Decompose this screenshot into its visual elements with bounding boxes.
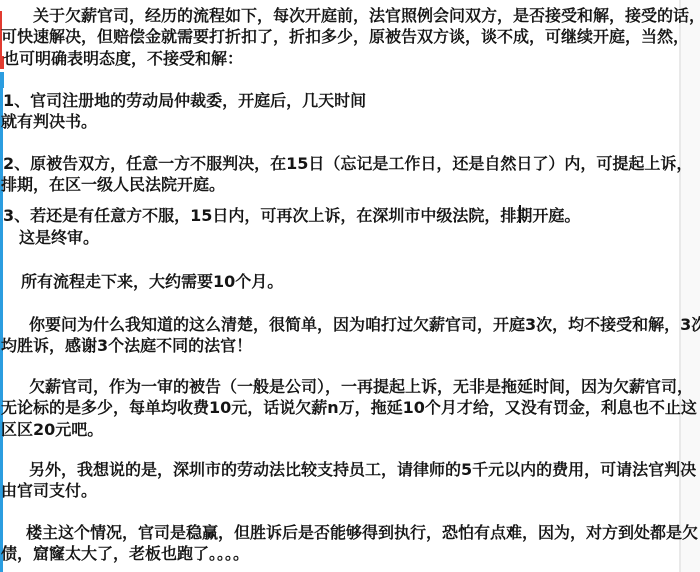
text-line-6: 2、原被告双方，任意一方不服判决，在15日（忘记是工作日，还是自然日了）内，可提… <box>3 155 692 172</box>
text-line-17: 由官司支付。 <box>1 482 97 499</box>
text-line-5: 就有判决书。 <box>1 113 97 130</box>
text-caret[interactable] <box>519 205 521 223</box>
text-line-4: 1、官司注册地的劳动局仲裁委，开庭后，几天时间 <box>3 92 366 109</box>
document-page: 关于欠薪官司，经历的流程如下，每次开庭前，法官照例会问双方，是否接受和解，接受的… <box>0 0 700 572</box>
text-line-10: 所有流程走下来，大约需要10个月。 <box>21 273 283 290</box>
text-line-12: 均胜诉，感谢3个法庭不同的法官！ <box>1 337 252 354</box>
text-line-14: 无论标的是多少，每单均收费10元，话说欠薪n万，拖延10个月才给，又没有罚金，利… <box>1 399 697 416</box>
text-line-3: 也可明确表明态度，不接受和解： <box>3 50 243 67</box>
text-line-7: 排期，在区一级人民法院开庭。 <box>1 176 225 193</box>
text-line-19: 债，窟窿太大了，老板也跑了。。。。 <box>1 545 249 562</box>
text-line-9: 这是终审。 <box>19 229 99 246</box>
text-line-13: 欠薪官司，作为一审的被告（一般是公司），一再提起上诉，无非是拖延时间，因为欠薪官… <box>29 378 693 395</box>
text-line-2: 可快速解决，但赔偿金就需要打折扣了，折扣多少，原被告双方谈，谈不成，可继续开庭，… <box>1 28 689 45</box>
text-line-11: 你要问为什么我知道的这么清楚，很简单，因为咱打过欠薪官司，开庭3次，均不接受和解… <box>29 316 700 333</box>
right-page-edge-line <box>679 0 681 572</box>
text-line-18: 楼主这个情况，官司是稳赢，但胜诉后是否能够得到执行，恐怕有点难，因为，对方到处都… <box>26 524 698 541</box>
text-line-16: 另外，我想说的是，深圳市的劳动法比较支持员工，请律师的5千元以内的费用，可请法官… <box>29 461 696 478</box>
text-line-8: 3、若还是有任意方不服，15日内，可再次上诉，在深圳市中级法院，排期开庭。 <box>3 207 580 224</box>
text-line-1: 关于欠薪官司，经历的流程如下，每次开庭前，法官照例会问双方，是否接受和解，接受的… <box>33 7 700 24</box>
left-blue-block-icon <box>0 72 4 88</box>
right-page-margin <box>681 0 700 572</box>
text-line-15: 区区20元吧。 <box>1 421 103 438</box>
